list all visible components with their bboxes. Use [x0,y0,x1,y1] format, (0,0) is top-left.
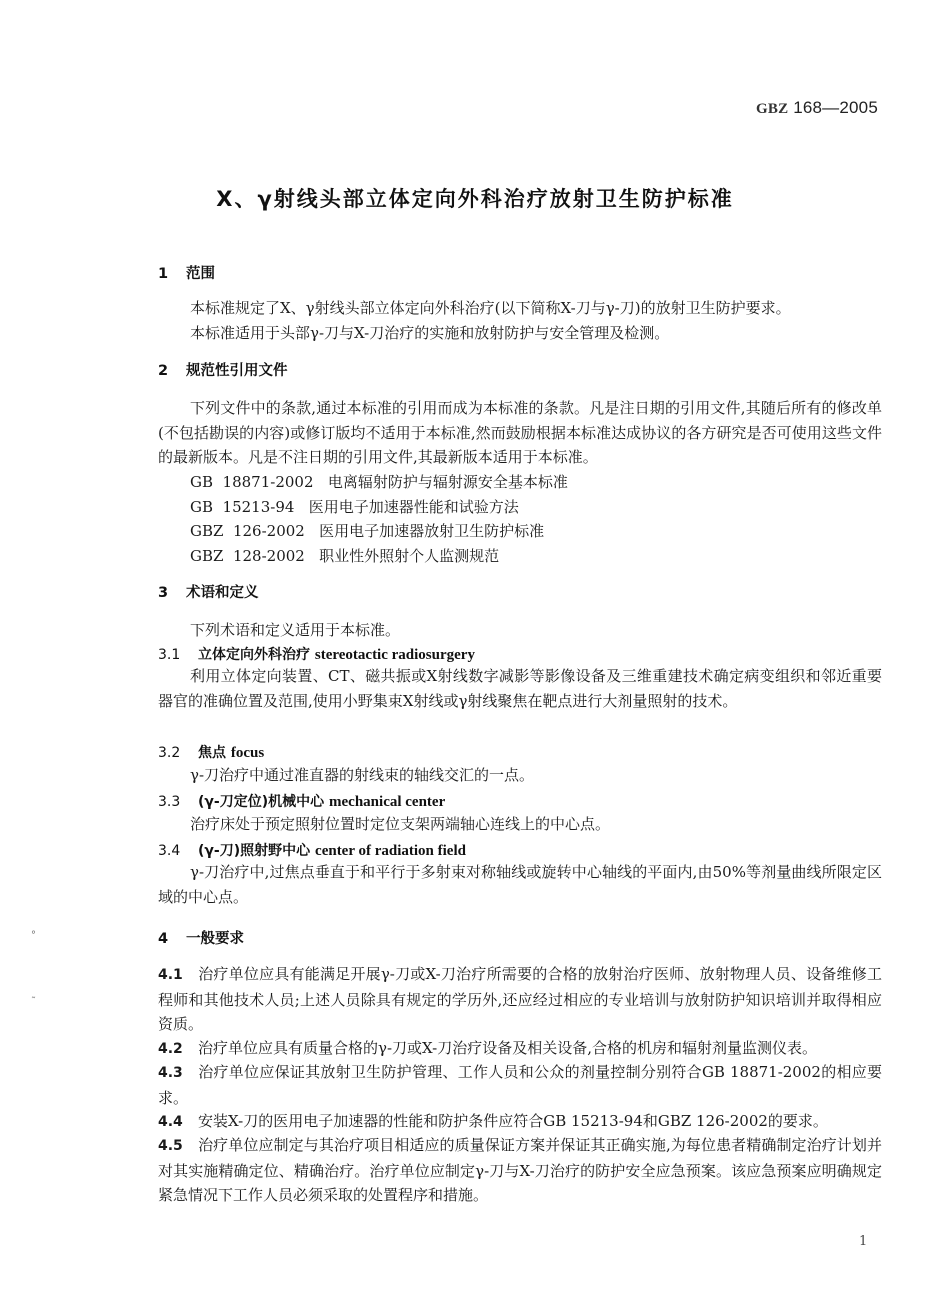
reference-code: GBZ 126-2002 [190,522,305,540]
clause-4-4: 4.4安装X-刀的医用电子加速器的性能和防护条件应符合GB 15213-94和G… [158,1109,882,1135]
reference-name: 医用电子加速器性能和试验方法 [309,498,519,516]
clause-4-2: 4.2治疗单位应具有质量合格的γ-刀或X-刀治疗设备及相关设备,合格的机房和辐射… [158,1036,882,1062]
margin-mark: ˷ [31,988,36,999]
standard-prefix: GBZ [756,101,788,117]
clause-number: 4.2 [158,1037,198,1062]
term-english: stereotactic radiosurgery [315,647,475,663]
clause-text: 安装X-刀的医用电子加速器的性能和防护条件应符合GB 15213-94和GBZ … [198,1112,828,1130]
standard-number: 168—2005 [788,98,878,117]
term-3-3-heading: 3.3(γ-刀定位)机械中心 mechanical center [158,791,445,811]
clause-number: 4.5 [158,1134,198,1159]
section-3-intro: 下列术语和定义适用于本标准。 [158,618,882,643]
clause-text: 治疗单位应制定与其治疗项目相适应的质量保证方案并保证其正确实施,为每位患者精确制… [158,1136,882,1204]
term-3-2-definition: γ-刀治疗中通过准直器的射线束的轴线交汇的一点。 [158,763,882,788]
term-3-1-definition: 利用立体定向装置、CT、磁共振或X射线数字减影等影像设备及三维重建技术确定病变组… [158,664,882,713]
reference-name: 电离辐射防护与辐射源安全基本标准 [328,473,568,491]
clause-text: 治疗单位应具有质量合格的γ-刀或X-刀治疗设备及相关设备,合格的机房和辐射剂量监… [198,1039,817,1057]
reference-code: GB 15213-94 [190,498,294,516]
term-3-3-definition: 治疗床处于预定照射位置时定位支架两端轴心连线上的中心点。 [158,812,882,837]
section-4-heading: 4一般要求 [158,927,244,948]
section-title: 一般要求 [186,931,244,947]
reference-item: GBZ 126-2002 医用电子加速器放射卫生防护标准 [190,520,544,541]
term-number: 3.1 [158,647,198,663]
margin-mark: ° [31,930,36,941]
clause-text: 治疗单位应具有能满足开展γ-刀或X-刀治疗所需要的合格的放射治疗医师、放射物理人… [158,965,882,1033]
section-number: 4 [158,931,186,947]
reference-item: GB 18871-2002 电离辐射防护与辐射源安全基本标准 [190,471,568,492]
clause-number: 4.4 [158,1110,198,1135]
clause-number: 4.3 [158,1061,198,1086]
standard-code: GBZ 168—2005 [756,98,878,118]
section-1-paragraph-2: 本标准适用于头部γ-刀与X-刀治疗的实施和放射防护与安全管理及检测。 [158,321,882,346]
reference-name: 职业性外照射个人监测规范 [319,547,499,565]
reference-code: GBZ 128-2002 [190,547,305,565]
term-title: 焦点 [198,745,226,761]
section-2-intro: 下列文件中的条款,通过本标准的引用而成为本标准的条款。凡是注日期的引用文件,其随… [158,396,882,470]
clause-4-1: 4.1治疗单位应具有能满足开展γ-刀或X-刀治疗所需要的合格的放射治疗医师、放射… [158,962,882,1037]
reference-item: GB 15213-94 医用电子加速器性能和试验方法 [190,496,519,517]
term-english: focus [231,745,264,761]
section-title: 规范性引用文件 [186,363,288,379]
section-title: 术语和定义 [186,585,259,601]
reference-item: GBZ 128-2002 职业性外照射个人监测规范 [190,545,499,566]
section-3-heading: 3术语和定义 [158,581,259,602]
term-number: 3.4 [158,843,198,859]
term-number: 3.2 [158,745,198,761]
term-title: (γ-刀定位)机械中心 [198,794,324,810]
term-english: mechanical center [329,794,445,810]
term-3-1-heading: 3.1立体定向外科治疗 stereotactic radiosurgery [158,644,475,664]
reference-code: GB 18871-2002 [190,473,314,491]
document-title: X、γ射线头部立体定向外科治疗放射卫生防护标准 [0,183,950,213]
term-3-4-definition: γ-刀治疗中,过焦点垂直于和平行于多射束对称轴线或旋转中心轴线的平面内,由50%… [158,860,882,909]
term-title: (γ-刀)照射野中心 [198,843,310,859]
clause-number: 4.1 [158,963,198,988]
term-3-2-heading: 3.2焦点 focus [158,742,264,762]
page-number: 1 [859,1234,867,1249]
term-number: 3.3 [158,794,198,810]
section-number: 3 [158,585,186,601]
section-1-heading: 1范围 [158,262,215,283]
term-title: 立体定向外科治疗 [198,647,310,663]
section-1-paragraph-1: 本标准规定了X、γ射线头部立体定向外科治疗(以下简称X-刀与γ-刀)的放射卫生防… [158,296,882,321]
clause-text: 治疗单位应保证其放射卫生防护管理、工作人员和公众的剂量控制分别符合GB 1887… [158,1063,882,1107]
term-english: center of radiation field [315,843,466,859]
section-2-heading: 2规范性引用文件 [158,359,288,380]
term-3-4-heading: 3.4(γ-刀)照射野中心 center of radiation field [158,840,466,860]
clause-4-5: 4.5治疗单位应制定与其治疗项目相适应的质量保证方案并保证其正确实施,为每位患者… [158,1133,882,1208]
reference-name: 医用电子加速器放射卫生防护标准 [319,522,544,540]
clause-4-3: 4.3治疗单位应保证其放射卫生防护管理、工作人员和公众的剂量控制分别符合GB 1… [158,1060,882,1110]
section-number: 1 [158,266,186,282]
section-number: 2 [158,363,186,379]
section-title: 范围 [186,266,215,282]
